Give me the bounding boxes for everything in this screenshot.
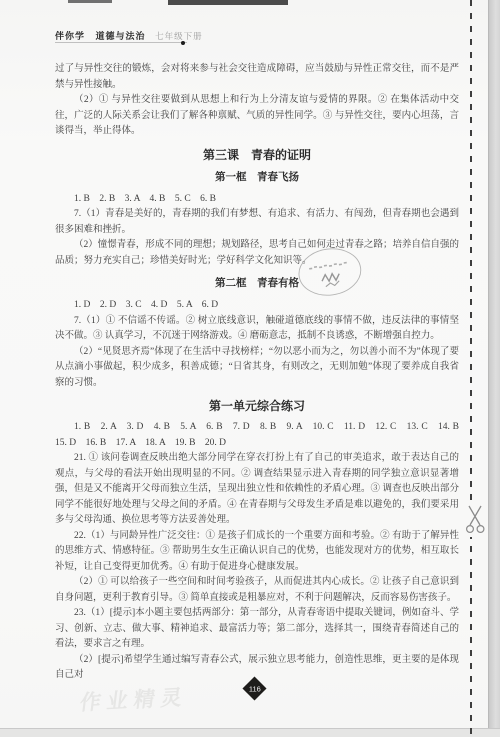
- page-right-edge-line: [488, 0, 489, 737]
- approval-stamp: [294, 242, 367, 305]
- photo-top-edge: [168, 0, 288, 5]
- answer-paragraph: 1. B 2. A 3. D 4. B 5. A 6. B 7. D 8. B …: [55, 420, 459, 451]
- page-right-edge: [489, 0, 500, 737]
- book-series-title: 伴你学: [55, 31, 85, 41]
- book-grade-label: 七年级下册: [155, 31, 203, 41]
- answers-content: 过了与异性交往的锻炼，会对将来参与社会交往造成障碍，应当鼓励与异性正常交往，而不…: [55, 62, 459, 684]
- answer-paragraph: （2）① 可以给孩子一些空间和时间考验孩子，从而促进其内心成长。② 让孩子自己意…: [55, 575, 459, 606]
- answer-paragraph: 7.（1）青春是美好的，青春期的我们有梦想、有追求、有活力、有闯劲，但青春期也会…: [55, 207, 459, 238]
- scissors-glyph: [464, 505, 488, 535]
- watermark-text: 作业精灵: [78, 681, 190, 717]
- page-number: 116: [249, 684, 261, 693]
- answer-paragraph: 21. ① 该问卷调查反映出绝大部分同学在穿衣打扮上有了自己的审美追求，敢于表达…: [55, 451, 459, 529]
- answer-paragraph: 1. D 2. D 3. C 4. D 5. A 6. D: [55, 298, 459, 314]
- cut-dashed-line: [470, 0, 472, 737]
- section-heading: 第一单元综合练习: [55, 399, 459, 414]
- photo-top-edge: [68, 0, 112, 3]
- section-heading: 第三课 青春的证明: [55, 148, 459, 163]
- answer-paragraph: 22.（1）与同龄异性广泛交往：① 是孩子们成长的一个重要方面和考验。② 有助于…: [55, 529, 459, 576]
- section-heading: 第二框 青春有格: [55, 277, 459, 291]
- answer-paragraph: （2）① 与异性交往要做到从思想上和行为上分清友谊与爱情的界限。② 在集体活动中…: [55, 93, 459, 140]
- scissors-icon: [464, 505, 488, 535]
- page-bottom-edge: [0, 728, 500, 737]
- answer-paragraph: （2）憧憬青春，形成不同的理想；规划路径，思考自己如何走过青春之路；培养自信自强…: [55, 238, 459, 269]
- header-underline: [55, 42, 187, 43]
- stamp-graphic: [294, 242, 367, 305]
- answer-paragraph: 过了与异性交往的锻炼，会对将来参与社会交往造成障碍，应当鼓励与异性正常交往，而不…: [55, 62, 459, 93]
- answer-paragraph: 23.（1）[提示]本小题主要包括两部分：第一部分，从青春寄语中提取关键词，例如…: [55, 606, 459, 653]
- answer-paragraph: （2）“见贤思齐焉”体现了在生活中寻找榜样；“勿以恶小而为之，勿以善小而不为”体…: [55, 345, 459, 392]
- book-subject-title: 道德与法治: [96, 31, 146, 41]
- section-heading: 第一框 青春飞扬: [55, 171, 459, 185]
- answer-paragraph: 1. B 2. B 3. A 4. B 5. C 6. B: [55, 192, 459, 208]
- answer-paragraph: 7.（1）① 不信谣不传谣。② 树立底线意识，触碰道德底线的事情不做，违反法律的…: [55, 314, 459, 345]
- header-dot: [181, 41, 185, 45]
- running-header: 伴你学 道德与法治 七年级下册: [55, 29, 459, 42]
